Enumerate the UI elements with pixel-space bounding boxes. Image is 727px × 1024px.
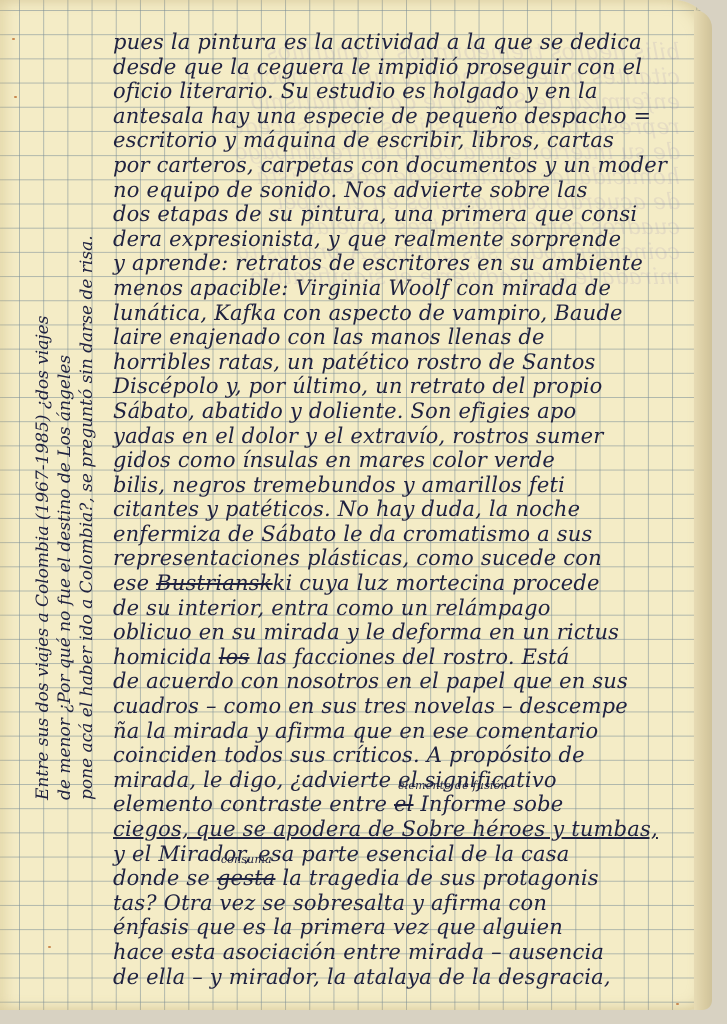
text-line: menos apacible: Virginia Woolf con mirad…: [113, 276, 703, 301]
margin-note-line: Entre sus dos viajes a Colombia (1967-19…: [32, 120, 54, 800]
interlinear-insertion: consuma: [221, 854, 272, 865]
text-line: pues la pintura es la actividad a la que…: [113, 30, 703, 55]
text-line-with-insertion: elemento contraste entre elelemento de f…: [113, 792, 703, 817]
text-line: representaciones plásticas, como sucede …: [113, 546, 703, 571]
text-line: por carteros, carpetas con documentos y …: [113, 153, 703, 178]
text-line: cuadros – como en sus tres novelas – des…: [113, 694, 703, 719]
text-line: de su interior, entra como un relámpago: [113, 596, 703, 621]
struck-word: elelemento de fusión: [394, 792, 414, 817]
text-line: hace esta asociación entre mirada – ause…: [113, 940, 703, 965]
struck-word: los: [219, 645, 250, 670]
text-line-with-strikethrough: ese Bustrianskki cuya luz mortecina proc…: [113, 571, 703, 596]
text-line: yadas en el dolor y el extravío, rostros…: [113, 424, 703, 449]
handwritten-body-text: pues la pintura es la actividad a la que…: [113, 30, 703, 989]
struck-word: Bustriansk: [156, 571, 272, 596]
text-line: desde que la ceguera le impidió prosegui…: [113, 55, 703, 80]
text-line: tas? Otra vez se sobresalta y afirma con: [113, 891, 703, 916]
text-line: coinciden todos sus críticos. A propósit…: [113, 743, 703, 768]
text-line: laire enajenado con las manos llenas de: [113, 325, 703, 350]
text-line: énfasis que es la primera vez que alguie…: [113, 915, 703, 940]
text-line: dera expresionista, y que realmente sorp…: [113, 227, 703, 252]
paper-speck: [48, 946, 51, 948]
text-line: oblicuo en su mirada y le deforma en un …: [113, 620, 703, 645]
paper-speck: [14, 96, 17, 98]
text-line-underlined: ciegos, que se apodera de Sobre héroes y…: [113, 817, 703, 842]
text-line: de acuerdo con nosotros en el papel que …: [113, 669, 703, 694]
text-line: Sábato, abatido y doliente. Son efigies …: [113, 399, 703, 424]
text-line: y aprende: retratos de escritores en su …: [113, 251, 703, 276]
interlinear-insertion: elemento de fusión: [398, 780, 508, 791]
margin-note-line: de menor ¿Por qué no fue el destino de L…: [54, 120, 76, 800]
text-line: y el Mirador, esa parte esencial de la c…: [113, 842, 703, 867]
paper-speck: [676, 1003, 679, 1005]
text-line: horribles ratas, un patético rostro de S…: [113, 350, 703, 375]
struck-word: gestaconsuma: [217, 866, 276, 891]
text-line: lunática, Kafka con aspecto de vampiro, …: [113, 301, 703, 326]
text-line: dos etapas de su pintura, una primera qu…: [113, 202, 703, 227]
text-line: escritorio y máquina de escribir, libros…: [113, 128, 703, 153]
margin-note-line: pone acá el haber ido a Colombia?, se pr…: [76, 120, 98, 800]
text-line: ña la mirada y afirma que en ese comenta…: [113, 719, 703, 744]
text-line: oficio literario. Su estudio es holgado …: [113, 79, 703, 104]
text-line-with-strikethrough: homicida los las facciones del rostro. E…: [113, 645, 703, 670]
text-line: enfermiza de Sábato le da cromatismo a s…: [113, 522, 703, 547]
margin-annotation-vertical: Entre sus dos viajes a Colombia (1967-19…: [32, 120, 98, 800]
text-line: bilis, negros tremebundos y amarillos fe…: [113, 473, 703, 498]
text-line: gidos como ínsulas en mares color verde: [113, 448, 703, 473]
text-line: Discépolo y, por último, un retrato del …: [113, 374, 703, 399]
text-line: antesala hay una especie de pequeño desp…: [113, 104, 703, 129]
text-line-with-insertion: donde se gestaconsuma la tragedia de sus…: [113, 866, 703, 891]
text-line: de ella – y mirador, la atalaya de la de…: [113, 965, 703, 990]
text-line: no equipo de sonido. Nos advierte sobre …: [113, 178, 703, 203]
notebook-page: bilis negros tremebundos y amarilloscita…: [0, 0, 712, 1010]
paper-speck: [12, 38, 15, 40]
text-line: citantes y patéticos. No hay duda, la no…: [113, 497, 703, 522]
